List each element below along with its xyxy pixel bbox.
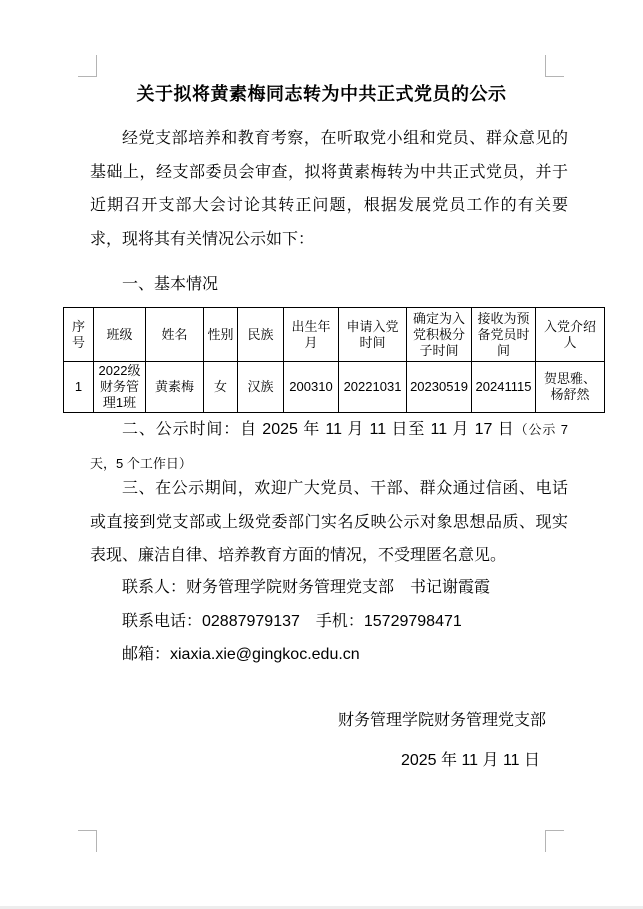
table-cell: 1 (64, 362, 94, 413)
signature-date: 2025 年 11 月 11 日 (90, 744, 568, 778)
document-title: 关于拟将黄素梅同志转为中共正式党员的公示 (0, 83, 643, 106)
table-cell: 200310 (284, 362, 339, 413)
document-page: 关于拟将黄素梅同志转为中共正式党员的公示 经党支部培养和教育考察，在听取党小组和… (0, 0, 643, 909)
table-cell: 女 (204, 362, 238, 413)
table-cell: 黄素梅 (146, 362, 204, 413)
table-header-cell: 性别 (204, 308, 238, 362)
table-cell: 20241115 (472, 362, 536, 413)
table-row: 12022级财务管理1班黄素梅女汉族2003102022103120230519… (64, 362, 605, 413)
section-heading-basic-info: 一、基本情况 (90, 268, 568, 302)
crop-mark-top-left (78, 55, 97, 77)
table-header-cell: 接收为预备党员时间 (472, 308, 536, 362)
crop-mark-top-right (545, 55, 564, 77)
table-header-cell: 班级 (94, 308, 146, 362)
table-header-cell: 出生年月 (284, 308, 339, 362)
paragraph-publicity-period: 二、公示时间：自 2025 年 11 月 11 日至 11 月 17 日（公示 … (90, 413, 568, 480)
table-header-cell: 序号 (64, 308, 94, 362)
table-cell: 20230519 (407, 362, 472, 413)
paragraph-intro: 经党支部培养和教育考察，在听取党小组和党员、群众意见的基础上，经支部委员会审查，… (90, 122, 568, 256)
table-cell: 20221031 (339, 362, 407, 413)
table-cell: 汉族 (238, 362, 284, 413)
contact-email-line: 邮箱：xiaxia.xie@gingkoc.edu.cn (90, 638, 568, 672)
crop-mark-bottom-right (545, 830, 564, 852)
table-header-cell: 姓名 (146, 308, 204, 362)
table-cell: 2022级财务管理1班 (94, 362, 146, 413)
paragraph-feedback-channels: 三、在公示期间，欢迎广大党员、干部、群众通过信函、电话或直接到党支部或上级党委部… (90, 472, 568, 573)
table-header-cell: 确定为入党积极分子时间 (407, 308, 472, 362)
publicity-period-text: 二、公示时间：自 2025 年 11 月 11 日至 11 月 17 日 (122, 421, 515, 438)
contact-phone-line: 联系电话：02887979137 手机：15729798471 (90, 605, 568, 639)
basic-info-table: 序号班级姓名性别民族出生年月申请入党时间确定为入党积极分子时间接收为预备党员时间… (63, 307, 605, 413)
table-header-cell: 民族 (238, 308, 284, 362)
contact-person-line: 联系人：财务管理学院财务管理党支部 书记谢霞霞 (90, 571, 568, 605)
signature-org: 财务管理学院财务管理党支部 (90, 704, 568, 738)
table-header-cell: 申请入党时间 (339, 308, 407, 362)
table-body: 12022级财务管理1班黄素梅女汉族2003102022103120230519… (64, 362, 605, 413)
table-header-row: 序号班级姓名性别民族出生年月申请入党时间确定为入党积极分子时间接收为预备党员时间… (64, 308, 605, 362)
table-header-cell: 入党介绍人 (536, 308, 605, 362)
crop-mark-bottom-left (78, 830, 97, 852)
table-cell: 贺思雅、杨舒然 (536, 362, 605, 413)
